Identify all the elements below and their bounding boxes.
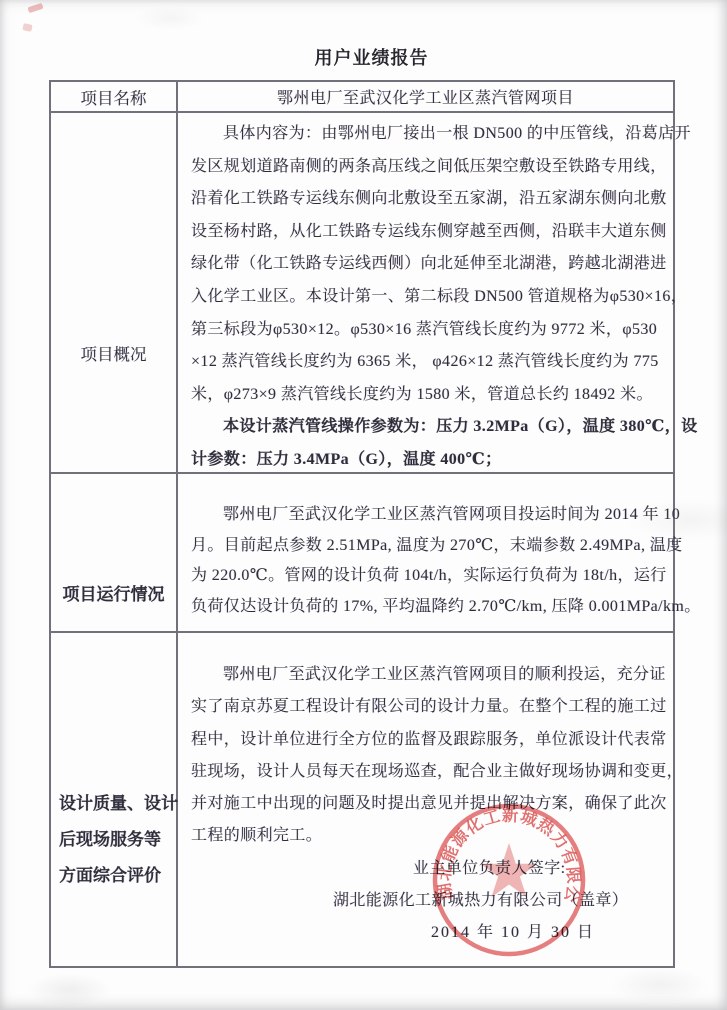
overview-line: 绿化带（化工铁路专运线西侧）向北延伸至北湖港，跨越北湖港进 (191, 248, 663, 281)
evaluation-line: 实了南京苏夏工程设计有限公司的设计力量。在整个工程的施工过 (191, 691, 663, 723)
red-ink-mark (22, 23, 32, 32)
operation-line: 负荷仅达设计负荷的 17%, 平均温降约 2.70℃/km, 压降 0.001M… (191, 592, 663, 623)
evaluation-line: 程中，设计单位进行全方位的监督及跟踪服务，单位派设计代表常 (191, 724, 663, 756)
signature-label: 业主单位负责人签字: (191, 853, 663, 885)
evaluation-line: 鄂州电厂至武汉化学工业区蒸汽管网项目的顺利投运，充分证 (191, 659, 663, 691)
scanned-report-page: 用户业绩报告 项目名称 鄂州电厂至武汉化学工业区蒸汽管网项目 项目概况 具体内容… (0, 0, 727, 1010)
signature-company: 湖北能源化工新城热力有限公司（盖章） (191, 885, 663, 917)
overview-line: 具体内容为：由鄂州电厂接出一根 DN500 的中压管线，沿葛店开 (191, 118, 663, 151)
table-row-project-name: 项目名称 鄂州电厂至武汉化学工业区蒸汽管网项目 (51, 82, 673, 113)
operation-line: 月。目前起点参数 2.51MPa, 温度为 270℃，末端参数 2.49MPa,… (191, 531, 663, 562)
evaluation-line: 并对施工中出现的问题及时提出意见并提出解决方案，确保了此次 (191, 788, 663, 820)
evaluation-label-line: 后现场服务等 (59, 822, 161, 858)
operation-paragraph: 鄂州电厂至武汉化学工业区蒸汽管网项目投运时间为 2014 年 10 月。目前起点… (178, 474, 673, 631)
overview-line: ×12 蒸汽管线长度约为 6365 米， φ426×12 蒸汽管线长度约为 77… (191, 346, 663, 379)
row-label-overview: 项目概况 (51, 113, 178, 472)
row-label-evaluation: 设计质量、设计 后现场服务等 方面综合评价 (51, 633, 178, 966)
table-row-evaluation: 设计质量、设计 后现场服务等 方面综合评价 鄂州电厂至武汉化学工业区蒸汽管网项目… (51, 633, 673, 966)
page-title: 用户业绩报告 (16, 44, 727, 70)
overview-line: 发区规划道路南侧的两条高压线之间低压架空敷设至铁路专用线， (191, 151, 663, 184)
project-name-value: 鄂州电厂至武汉化学工业区蒸汽管网项目 (178, 82, 673, 111)
overview-paragraph: 具体内容为：由鄂州电厂接出一根 DN500 的中压管线，沿葛店开 发区规划道路南… (178, 113, 673, 472)
red-ink-mark (27, 3, 43, 13)
overview-line: 入化学工业区。本设计第一、第二标段 DN500 管道规格为φ530×16， (191, 281, 663, 314)
overview-line: 沿着化工铁路专运线东侧向北敷设至五家湖，沿五家湖东侧向北敷 (191, 183, 663, 216)
row-label-operation: 项目运行情况 (51, 474, 178, 631)
operation-line: 为 220.0℃。管网的设计负荷 104t/h，实际运行负荷为 18t/h，运行 (191, 561, 663, 592)
report-table: 项目名称 鄂州电厂至武汉化学工业区蒸汽管网项目 项目概况 具体内容为：由鄂州电厂… (49, 80, 675, 968)
overview-line: 第三标段为φ530×12。φ530×16 蒸汽管线长度约为 9772 米，φ53… (191, 314, 663, 347)
overview-line: 计参数：压力 3.4MPa（G），温度 400℃； (191, 444, 663, 477)
table-row-overview: 项目概况 具体内容为：由鄂州电厂接出一根 DN500 的中压管线，沿葛店开 发区… (51, 113, 673, 474)
overview-line: 设至杨村路，从化工铁路专运线东侧穿越至西侧，沿联丰大道东侧 (191, 216, 663, 249)
overview-line: 米，φ273×9 蒸汽管线长度约为 1580 米，管道总长约 18492 米。 (191, 379, 663, 412)
evaluation-label-line: 设计质量、设计 (59, 786, 178, 822)
evaluation-line: 驻现场，设计人员每天在现场巡查，配合业主做好现场协调和变更， (191, 756, 663, 788)
signature-date: 2014 年 10 月 30 日 (191, 917, 663, 949)
evaluation-line: 工程的顺利完工。 (191, 820, 663, 852)
evaluation-paragraph: 鄂州电厂至武汉化学工业区蒸汽管网项目的顺利投运，充分证 实了南京苏夏工程设计有限… (178, 633, 673, 966)
operation-line: 鄂州电厂至武汉化学工业区蒸汽管网项目投运时间为 2014 年 10 (191, 500, 663, 531)
row-label-project-name: 项目名称 (51, 82, 178, 111)
overview-line: 本设计蒸汽管线操作参数为：压力 3.2MPa（G），温度 380℃，设 (191, 411, 663, 444)
evaluation-label-line: 方面综合评价 (59, 858, 161, 894)
table-row-operation: 项目运行情况 鄂州电厂至武汉化学工业区蒸汽管网项目投运时间为 2014 年 10… (51, 474, 673, 633)
